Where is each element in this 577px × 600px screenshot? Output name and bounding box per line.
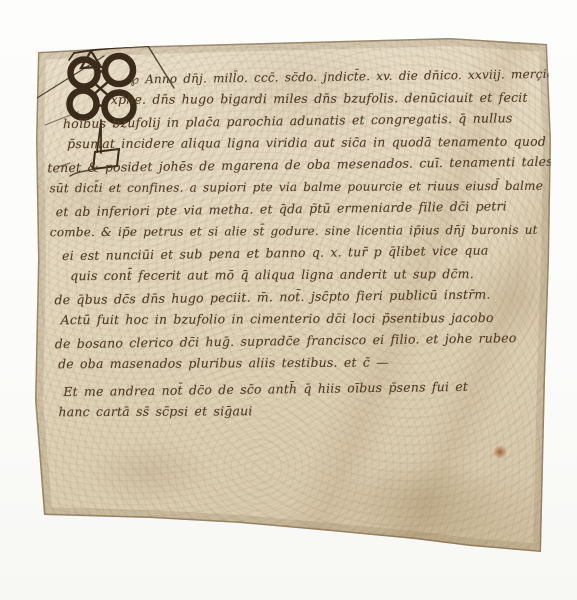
manuscript-line: hanc cartā ss̄ sc̄psi et siḡaui [58, 399, 554, 424]
parchment: ℘ Anno dn̄j. mill̄o. ccc̄. sc̄do. jndict… [0, 0, 577, 600]
manuscript-text: ℘ Anno dn̄j. mill̄o. ccc̄. sc̄do. jndict… [46, 64, 554, 424]
manuscript-line: de oba masenados pluribus aliis testibus… [58, 351, 554, 376]
photo-background: ℘ Anno dn̄j. mill̄o. ccc̄. sc̄do. jndict… [0, 0, 577, 600]
